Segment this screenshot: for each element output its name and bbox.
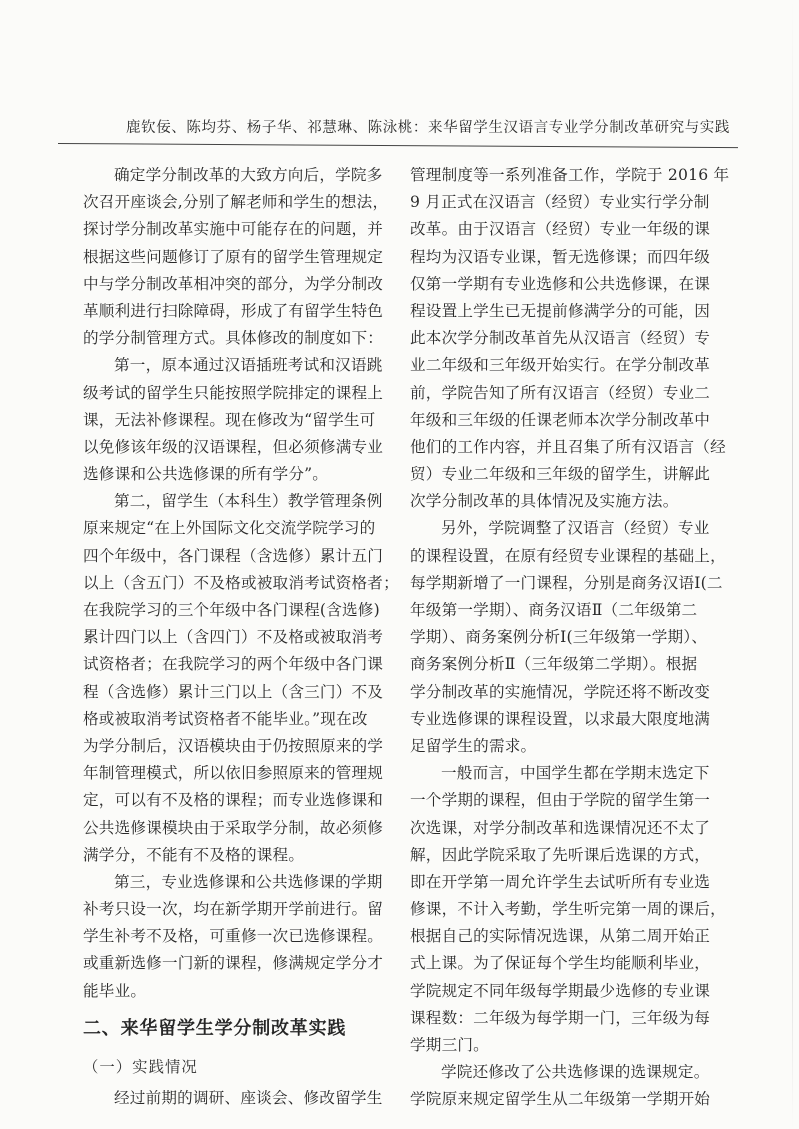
text-line: 学期）、商务案例分析Ⅰ(三年级第一学期）、 xyxy=(410,624,728,651)
text-line: 学院还修改了公共选修课的选课规定。 xyxy=(410,1059,728,1086)
text-line: 探讨学分制改革实施中可能存在的问题，并 xyxy=(83,216,401,243)
text-line: 仅第一学期有专业选修和公共选修课，在课 xyxy=(410,271,728,298)
text-line: 累计四门以上（含四门）不及格或被取消考 xyxy=(83,624,401,651)
text-line: 一个学期的课程，但由于学院的留学生第一 xyxy=(410,787,728,814)
left-column: 确定学分制改革的大致方向后，学院多次召开座谈会,分别了解老师和学生的想法，探讨学… xyxy=(83,162,401,1112)
text-line: 一般而言，中国学生都在学期末选定下 xyxy=(410,760,728,787)
text-line: 学生补考不及格，可重修一次已选修课程。 xyxy=(83,923,401,950)
document-page: 鹿钦佞、陈均芬、杨子华、祁慧琳、陈泳桃：来华留学生汉语言专业学分制改革研究与实践… xyxy=(0,0,799,1129)
text-line: 次学分制改革的具体情况及实施方法。 xyxy=(410,488,728,515)
text-line: 公共选修课模块由于采取学分制，故必须修 xyxy=(83,815,401,842)
text-line: 第三，专业选修课和公共选修课的学期 xyxy=(83,869,401,896)
text-line: 中与学分制改革相冲突的部分，为学分制改 xyxy=(83,271,401,298)
text-line: 解，因此学院采取了先听课后选课的方式， xyxy=(410,842,728,869)
text-line: 贸）专业二年级和三年级的留学生，讲解此 xyxy=(410,461,728,488)
text-line: 次选课，对学分制改革和选课情况还不太了 xyxy=(410,815,728,842)
text-line: 程（含选修）累计三门以上（含三门）不及 xyxy=(83,679,401,706)
text-line: 管理制度等一系列准备工作，学院于 2016 年 xyxy=(410,162,728,189)
text-line: 确定学分制改革的大致方向后，学院多 xyxy=(83,162,401,189)
subsection-heading: （一）实践情况 xyxy=(83,1049,401,1085)
text-line: 的学分制管理方式。具体修改的制度如下： xyxy=(83,325,401,352)
text-line: 业二年级和三年级开始实行。在学分制改革 xyxy=(410,352,728,379)
text-line: 根据这些问题修订了原有的留学生管理规定 xyxy=(83,244,401,271)
header-rule xyxy=(58,143,738,148)
text-line: 第一，原本通过汉语插班考试和汉语跳 xyxy=(83,352,401,379)
text-line: 级考试的留学生只能按照学院排定的课程上 xyxy=(83,380,401,407)
text-line: 以免修该年级的汉语课程，但必须修满专业 xyxy=(83,434,401,461)
text-line: 在我院学习的三个年级中各门课程(含选修) xyxy=(83,597,401,624)
text-line: 专业选修课的课程设置，以求最大限度地满 xyxy=(410,706,728,733)
text-line: 每学期新增了一门课程，分别是商务汉语Ⅰ(二 xyxy=(410,570,728,597)
text-line: 课，无法补修课程。现在修改为“留学生可 xyxy=(83,407,401,434)
text-line: 革顺利进行扫除障碍，形成了有留学生特色 xyxy=(83,298,401,325)
text-line: 原来规定“在上外国际文化交流学院学习的 xyxy=(83,515,401,542)
text-line: 第二，留学生（本科生）教学管理条例 xyxy=(83,488,401,515)
text-line: 学期三门。 xyxy=(410,1032,728,1059)
text-line: 程均为汉语专业课，暂无选修课；而四年级 xyxy=(410,244,728,271)
text-line: 式上课。为了保证每个学生均能顺利毕业， xyxy=(410,950,728,977)
text-line: 足留学生的需求。 xyxy=(410,733,728,760)
text-line: 试资格者；在我院学习的两个年级中各门课 xyxy=(83,651,401,678)
text-line: 改革。由于汉语言（经贸）专业一年级的课 xyxy=(410,216,728,243)
text-line: 学分制改革的实施情况，学院还将不断改变 xyxy=(410,679,728,706)
text-line: 此本次学分制改革首先从汉语言（经贸）专 xyxy=(410,325,728,352)
text-line: 年制管理模式，所以依旧参照原来的管理规 xyxy=(83,760,401,787)
text-line: 定，可以有不及格的课程；而专业选修课和 xyxy=(83,787,401,814)
text-line: 课程数：二年级为每学期一门，三年级为每 xyxy=(410,1005,728,1032)
text-line: 补考只设一次，均在新学期开学前进行。留 xyxy=(83,896,401,923)
text-line: 选修课和公共选修课的所有学分”。 xyxy=(83,461,401,488)
text-line: 年级第一学期）、商务汉语Ⅱ（二年级第二 xyxy=(410,597,728,624)
text-line: 格或被取消考试资格者不能毕业。”现在改 xyxy=(83,706,401,733)
text-line: 前，学院告知了所有汉语言（经贸）专业二 xyxy=(410,380,728,407)
text-line: 即在开学第一周允许学生去试听所有专业选 xyxy=(410,869,728,896)
text-line: 修课，不计入考勤，学生听完第一周的课后， xyxy=(410,896,728,923)
section-heading: 二、来华留学生学分制改革实践 xyxy=(83,1009,401,1049)
text-line: 或重新选修一门新的课程，修满规定学分才 xyxy=(83,950,401,977)
text-line: 他们的工作内容，并且召集了所有汉语言（经 xyxy=(410,434,728,461)
text-line: 根据自己的实际情况选课，从第二周开始正 xyxy=(410,923,728,950)
text-line: 经过前期的调研、座谈会、修改留学生 xyxy=(83,1085,401,1112)
text-line: 学院原来规定留学生从二年级第一学期开始 xyxy=(410,1086,728,1113)
text-line: 程设置上学生已无提前修满学分的可能，因 xyxy=(410,298,728,325)
text-line: 以上（含五门）不及格或被取消考试资格者； xyxy=(83,570,401,597)
text-line: 学院规定不同年级每学期最少选修的专业课 xyxy=(410,978,728,1005)
text-line: 为学分制后，汉语模块由于仍按照原来的学 xyxy=(83,733,401,760)
text-line: 年级和三年级的任课老师本次学分制改革中 xyxy=(410,407,728,434)
running-header: 鹿钦佞、陈均芬、杨子华、祁慧琳、陈泳桃：来华留学生汉语言专业学分制改革研究与实践 xyxy=(110,116,730,137)
text-line: 9 月正式在汉语言（经贸）专业实行学分制 xyxy=(410,189,728,216)
right-column: 管理制度等一系列准备工作，学院于 2016 年9 月正式在汉语言（经贸）专业实行… xyxy=(410,162,728,1114)
text-line: 满学分，不能有不及格的课程。 xyxy=(83,842,401,869)
text-line: 另外，学院调整了汉语言（经贸）专业 xyxy=(410,515,728,542)
text-line: 能毕业。 xyxy=(83,978,401,1005)
text-line: 的课程设置，在原有经贸专业课程的基础上， xyxy=(410,543,728,570)
text-line: 四个年级中，各门课程（含选修）累计五门 xyxy=(83,543,401,570)
page-edge xyxy=(792,0,793,1129)
text-line: 次召开座谈会,分别了解老师和学生的想法， xyxy=(83,189,401,216)
text-line: 商务案例分析Ⅱ（三年级第二学期）。根据 xyxy=(410,651,728,678)
